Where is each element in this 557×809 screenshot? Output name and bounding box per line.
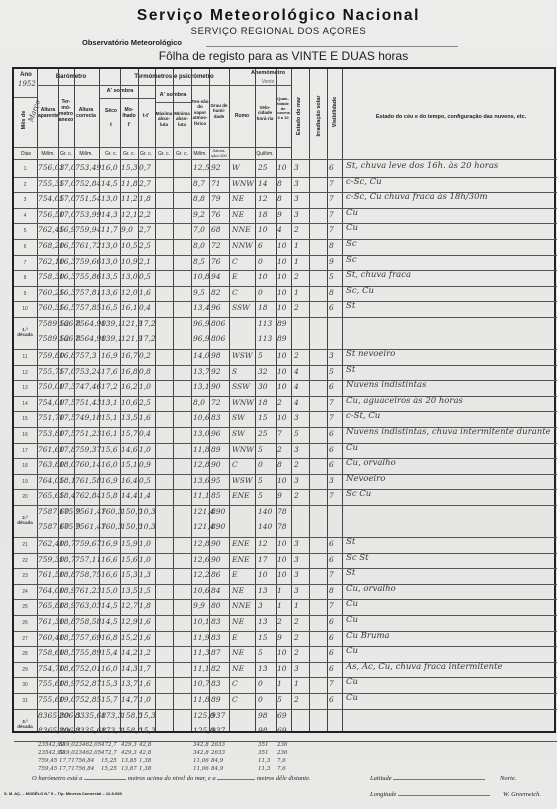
alt-cor-cell: 753,24 [75,367,101,376]
longitude-label: Longitude [370,791,490,798]
sky-description-cell: St [346,568,355,578]
sky-description-cell: Cu [346,677,358,687]
vel-cell: 18 [258,398,268,407]
nuv-cell: 9 [277,210,282,219]
vel-cell: 5 [258,648,263,657]
vapour-tension-header: Ten-são do vapor atmos-férico [191,99,209,126]
diff-cell: 1,6 [139,679,151,688]
row-divider [14,301,557,302]
mar-cell: 2 [294,617,299,626]
vel-cell: 3 [258,601,263,610]
alt-cor-cell: 757,11 [75,555,101,564]
column-divider [173,69,174,731]
alt-cor-cell: 762,84 [75,491,101,500]
visibility-cell: 7 [329,679,334,688]
alt-cor-cell: 761,58 [75,476,101,485]
hum-cell: 72 [211,241,221,250]
mar-cell: 3 [294,210,299,219]
tens-cell: 10,8 [193,272,210,281]
sky-description-cell: Sc [346,255,357,265]
tens-cell: 10,1 [193,617,210,626]
molh-cell: 13,7 [121,679,138,688]
unit-tens: Milím. [191,151,209,157]
day-number: 14 [16,401,34,407]
sky-description-cell: St [346,301,355,311]
row-divider [14,239,557,240]
hum-cell: 80 [211,601,221,610]
total-cell: 756,84 [75,766,94,772]
column-divider [327,69,328,731]
hum-cell: 68 [211,225,221,234]
diff-cell: 1,4 [139,491,151,500]
vel-cell: 15 [258,633,268,642]
days-unit: Dias [16,151,36,157]
total-cell: 17,71 [59,766,75,772]
term-cell: 16,5 [59,303,76,312]
diff-cell: 0,4 [139,303,151,312]
nuv-cell: 5 [277,695,282,704]
molh-cell: 13,5 [121,586,138,595]
visibility-cell: 5 [329,367,334,376]
vel-cell: 0 [258,695,263,704]
day-number: 8 [16,275,34,281]
nuv-cell: 7 [277,429,282,438]
row-divider [14,286,557,287]
hum-cell: 82 [211,664,221,673]
sky-description-cell: Cu [346,208,358,218]
rumo-cell: ENE [232,491,250,500]
unit-diff: Gr. c. [138,151,154,157]
term-cell: 18,5 [59,633,76,642]
day-number: 27 [16,636,34,642]
decade-label: 1.ª década [14,327,36,338]
molh-cell: 12,1 [121,210,138,219]
rumo-cell: NE [232,617,244,626]
molh-cell: 12,7 [121,601,138,610]
row-divider [14,159,557,160]
decade-sum-cell: 140 [258,507,272,516]
humidity-header: Grau de humi-dade [209,103,229,119]
seco-cell: 13,0 [101,257,118,266]
visibility-cell: 8 [329,288,334,297]
nuv-cell: 10 [277,648,287,657]
day-number: 28 [16,651,34,657]
molh-cell: 15,1 [121,460,138,469]
diff-cell: 1,5 [139,586,151,595]
solar-irradiation-header: Irradiação solar [316,94,322,138]
rumo-cell: SSW [232,303,250,312]
alt-cor-cell: 761,23 [75,586,101,595]
decade-sum-cell: 69 [277,726,287,735]
diff-cell: 2,2 [139,210,151,219]
molh-cell: 14,2 [121,648,138,657]
day-number: 19 [16,479,34,485]
visibility-cell: 6 [329,163,334,172]
sky-description-cell: Cu [346,646,358,656]
mar-cell: 1 [294,679,299,688]
nuv-cell: 4 [277,225,282,234]
rumo-cell: WNW [232,179,254,188]
vel-cell: 5 [258,476,263,485]
alt-cor-cell: 759,37 [75,445,101,454]
nuv-cell: 1 [277,679,282,688]
total-cell: 2633 [211,750,225,756]
unit-seco: Gr. c. [102,151,120,157]
tens-cell: 10,6 [193,413,210,422]
total-cell: 351 [258,750,269,756]
rumo-cell: WSW [232,351,253,360]
nuv-cell: 10 [277,257,287,266]
diff-cell: 1,8 [139,194,151,203]
latitude-field [393,779,485,780]
diff-cell: 0,5 [139,272,151,281]
row-divider [14,568,557,569]
term-cell: 18,4 [59,491,76,500]
molh-cell: 16,4 [121,476,138,485]
decade-sum-cell: 937 [211,711,225,720]
row-divider [14,646,557,647]
visibility-cell: 3 [329,351,334,360]
rumo-cell: SW [232,413,245,422]
latitude-text: Latitude [370,775,392,782]
tens-cell: 13,4 [193,303,210,312]
wet-bulb-header: Mo-lhado [120,107,138,119]
total-cell: 11,06 [193,758,209,764]
rumo-cell: E [232,570,237,579]
rumo-cell: SW [232,429,245,438]
visibility-cell: 7 [329,413,334,422]
term-cell: 17,5 [59,398,76,407]
barometer-distance-field [217,779,255,780]
row-divider [14,380,557,381]
attached-thermometer-header: Ter-mó-metro anexo [58,99,74,123]
term-cell: 18,1 [59,476,76,485]
term-cell: 18,9 [59,601,76,610]
total-cell: 42,8 [139,750,151,756]
row-divider [14,553,557,554]
rumo-cell: W [232,163,240,172]
sky-description-cell: Nevoeiro [346,474,385,484]
row-divider [14,631,557,632]
row-divider [14,208,557,209]
alt-cor-cell: 757,3 [75,351,96,360]
decade-sum-cell: 806 [211,334,225,343]
vel-cell: 17 [258,555,268,564]
hum-cell: 92 [211,163,221,172]
diff-cell: 1,6 [139,413,151,422]
mar-cell: 3 [294,555,299,564]
wind-speed-header: Velo-cidade horá-ria [255,105,275,121]
sky-description-cell: Nuvens indistintas [346,380,426,390]
alt-cor-cell: 760,14 [75,460,101,469]
diff-cell: 0,2 [139,351,151,360]
visibility-cell: 6 [329,648,334,657]
tens-cell: 8,0 [193,241,205,250]
visibility-cell: 7 [329,601,334,610]
rumo-cell: NNE [232,601,251,610]
column-divider [229,69,230,731]
alt-cor-cell: 757,69 [75,633,101,642]
mar-cell: 1 [294,601,299,610]
year-label: Ano [16,72,36,79]
observatory-label: Observatório Meteorológico [82,38,182,47]
vel-cell: 15 [258,413,268,422]
rumo-cell: ENE [232,555,250,564]
term-cell: 18,6 [59,664,76,673]
day-number: 20 [16,494,34,500]
column-divider [291,69,292,731]
term-cell: 19,0 [59,695,76,704]
vel-cell: 10 [258,225,268,234]
hum-cell: 79 [211,194,221,203]
tens-cell: 14,0 [193,351,210,360]
sky-description-cell: St, chuva fraca [346,270,411,280]
row-divider [99,98,155,99]
total-cell: 84,9 [211,766,223,772]
molh-cell: 14,3 [121,664,138,673]
total-cell: 84,9 [211,758,223,764]
alt-cor-cell: 759,67 [75,539,101,548]
hum-cell: 72 [211,398,221,407]
total-cell: 15,25 [101,758,117,764]
mar-cell: 1 [294,288,299,297]
unit-hum: Satura-ção=100 [209,149,229,159]
day-number: 30 [16,682,34,688]
seco-cell: 17,2 [101,382,118,391]
greenwich-label: W. Greenwich. [503,791,541,798]
rumo-cell: S [232,367,237,376]
unit-min: Gr. c. [173,151,191,157]
total-cell: 7,6 [277,766,286,772]
day-number: 2 [16,182,34,188]
vel-cell: 12 [258,194,268,203]
nuv-cell: 1 [277,586,282,595]
term-cell: 17,0 [59,163,76,172]
rumo-cell: C [232,257,238,266]
visibility-cell: 7 [329,398,334,407]
hum-cell: 76 [211,210,221,219]
barometer-note: O barómetro está a metros acima do nivel… [32,775,311,782]
tens-cell: 8,8 [193,194,205,203]
hum-cell: 83 [211,679,221,688]
tens-cell: 9,5 [193,288,205,297]
tens-cell: 11,9 [193,633,210,642]
total-cell: 759,45 [38,758,57,764]
diff-cell: 1,6 [139,633,151,642]
seco-cell: 15,7 [101,695,118,704]
decade-sum-cell: 96,9 [193,319,210,328]
row-divider [14,474,557,475]
term-cell: 18,9 [59,586,76,595]
molh-cell: 11,8 [121,179,138,188]
molh-cell: 14,4 [121,491,138,500]
visibility-cell: 6 [329,382,334,391]
term-cell: 16,5 [59,241,76,250]
diff-cell: 2,5 [139,398,151,407]
max-abs-header: Máxima abso-luta [155,111,173,127]
vel-cell: 0 [258,288,263,297]
longitude-text: Longitude [370,791,396,798]
vel-cell: 13 [258,664,268,673]
day-number: 11 [16,354,34,360]
rumo-cell: NNE [232,225,251,234]
decade-label: 2.ª década [14,515,36,526]
alt-cor-cell: 761,72 [75,241,101,250]
column-divider [342,69,343,731]
form-title: Fôlha de registo para as VINTE E DUAS ho… [0,49,557,63]
hum-cell: 90 [211,460,221,469]
decade-sum-cell: 96,9 [193,334,210,343]
hum-cell: 83 [211,633,221,642]
decade-sum-cell: 17,2 [139,319,156,328]
alt-cor-cell: 752,01 [75,664,101,673]
hum-cell: 82 [211,288,221,297]
sky-description-cell: Cu [346,443,358,453]
nuv-cell: 10 [277,413,287,422]
nuv-cell: 8 [277,460,282,469]
seco-cell: 16,0 [101,163,118,172]
rumo-cell: NE [232,648,244,657]
day-number: 6 [16,244,34,250]
seco-cell: 17,6 [101,367,118,376]
sky-description-cell: St [346,537,355,547]
term-cell: 17,5 [59,413,76,422]
decade-sum-cell: 15,3 [139,726,156,735]
seco-cell: 16,1 [101,429,118,438]
molh-cell: 11,2 [121,194,138,203]
thermometers-header: Termómetros e psicrómetro [104,74,244,81]
vel-cell: 18 [258,303,268,312]
vel-cell: 0 [258,257,263,266]
row-divider [14,458,557,459]
seco-cell: 13,1 [101,398,118,407]
visibility-cell: 6 [329,445,334,454]
seco-cell: 14,5 [101,601,118,610]
nuv-cell: 2 [277,445,282,454]
visibility-cell: 6 [329,539,334,548]
sky-description-cell: c-Sc, Cu [346,177,382,187]
vel-cell: 18 [258,210,268,219]
row-divider [14,177,557,178]
molh-cell: 14,7 [121,695,138,704]
visibility-cell: 6 [329,664,334,673]
column-divider [309,69,310,731]
seco-cell: 15,3 [101,679,118,688]
term-cell: 17,8 [59,445,76,454]
diff-cell: 1,6 [139,617,151,626]
alt-cor-cell: 752,85 [75,695,101,704]
nuv-cell: 10 [277,382,287,391]
diff-cell: 0,7 [139,163,151,172]
seco-cell: 16,8 [101,633,118,642]
tens-cell: 7,0 [193,225,205,234]
nuv-cell: 10 [277,272,287,281]
row-divider [14,349,557,350]
nuv-cell: 10 [277,555,287,564]
rumo-cell: E [232,633,237,642]
decade-sum-cell: 113 [258,334,272,343]
visibility-cell: 7 [329,491,334,500]
day-number: 7 [16,260,34,266]
seco-cell: 16,0 [101,460,118,469]
alt-cor-cell: 758,75 [75,570,101,579]
nuv-cell: 10 [277,570,287,579]
seco-cell: 14,5 [101,179,118,188]
row-divider [14,255,557,256]
hum-cell: 90 [211,539,221,548]
dry-bulb-header: Sêco [102,108,120,114]
wind-direction-header: Rumo [229,113,255,119]
visibility-cell: 6 [329,303,334,312]
seco-cell: 15,8 [101,491,118,500]
rumo-cell: NE [232,210,244,219]
term-cell: 18,5 [59,648,76,657]
day-number: 16 [16,432,34,438]
mar-cell: 3 [294,570,299,579]
term-cell: 18,8 [59,617,76,626]
diff-cell: 1,0 [139,382,151,391]
seco-cell: 16,6 [101,570,118,579]
mar-cell: 2 [294,633,299,642]
molh-cell: 14,6 [121,445,138,454]
vel-cell: 0 [258,460,263,469]
barometer-header: Barómetro [38,74,104,81]
total-cell: 23462,05 [75,750,101,756]
seco-cell: 14,3 [101,210,118,219]
term-cell: 18,0 [59,460,76,469]
hum-cell: 98 [211,351,221,360]
molh-cell: 15,3 [121,163,138,172]
column-divider [191,69,192,731]
dry-bulb-symbol: t [102,122,120,128]
longitude-field [398,795,490,796]
day-number: 25 [16,604,34,610]
day-number: 18 [16,463,34,469]
hum-cell: 84 [211,586,221,595]
sea-state-header: Estado do mar [296,96,302,136]
alt-cor-cell: 753,99 [75,210,101,219]
nuv-cell: 8 [277,194,282,203]
molh-cell: 16,7 [121,351,138,360]
row-divider [14,615,557,616]
sky-state-header: Estado do céu e do tempo, configuração d… [344,114,557,121]
column-divider [155,69,156,731]
molh-cell: 10,6 [121,398,138,407]
alt-cor-cell: 757,81 [75,288,101,297]
tens-cell: 9,2 [193,210,205,219]
day-number: 12 [16,370,34,376]
hum-cell: 76 [211,257,221,266]
sky-description-cell: St [346,365,355,375]
hum-cell: 85 [211,491,221,500]
total-cell: 23462,05 [75,742,101,748]
year-value: 1952 [18,80,36,88]
row-divider [14,317,557,318]
total-cell: 429,3 [121,742,137,748]
seco-cell: 16,0 [101,664,118,673]
decade-sum-cell: 139,1 [101,334,122,343]
mar-cell: 5 [294,429,299,438]
molh-cell: 13,5 [121,413,138,422]
sky-description-cell: Sc Cu [346,489,371,499]
diff-cell: 1,6 [139,288,151,297]
term-cell: 16,3 [59,272,76,281]
day-number: 3 [16,197,34,203]
mar-cell: 3 [294,163,299,172]
visibility-cell: 6 [329,633,334,642]
decade-sum-cell: 10,3 [139,507,156,516]
alt-cor-cell: 755,89 [75,648,101,657]
